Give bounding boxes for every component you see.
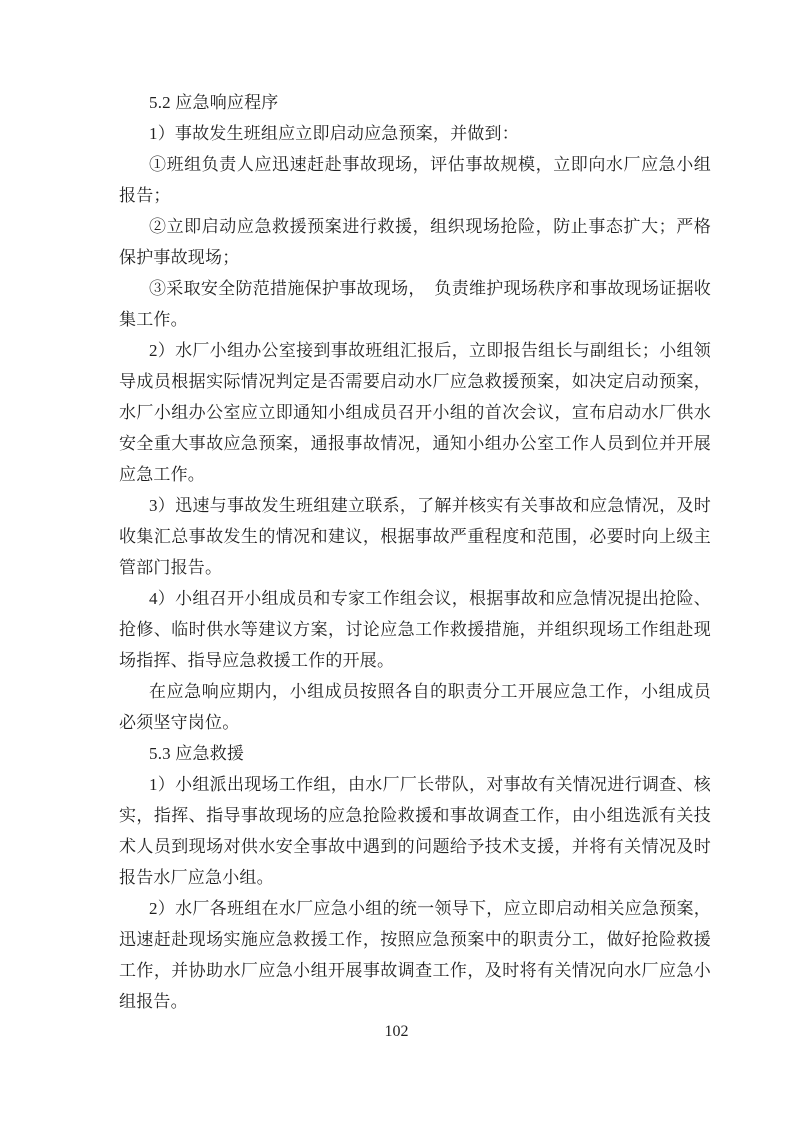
text-block: 5.2 应急响应程序 1）事故发生班组应立即启动应急预案，并做到： ①班组负责人… <box>119 87 711 1017</box>
body-paragraph: ③采取安全防范措施保护事故现场， 负责维护现场秩序和事故现场证据收集工作。 <box>119 273 711 335</box>
section-heading-5-2: 5.2 应急响应程序 <box>119 87 711 118</box>
body-paragraph: 在应急响应期内，小组成员按照各自的职责分工开展应急工作，小组成员必须坚守岗位。 <box>119 676 711 738</box>
section-heading-5-3: 5.3 应急救援 <box>119 738 711 769</box>
body-paragraph: 4）小组召开小组成员和专家工作组会议，根据事故和应急情况提出抢险、抢修、临时供水… <box>119 583 711 676</box>
body-paragraph: ②立即启动应急救援预案进行救援，组织现场抢险，防止事态扩大；严格保护事故现场； <box>119 211 711 273</box>
body-paragraph: 3）迅速与事故发生班组建立联系，了解并核实有关事故和应急情况，及时收集汇总事故发… <box>119 490 711 583</box>
body-paragraph: 1）事故发生班组应立即启动应急预案，并做到： <box>119 118 711 149</box>
body-paragraph: 2）水厂小组办公室接到事故班组汇报后，立即报告组长与副组长；小组领导成员根据实际… <box>119 335 711 490</box>
page-number: 102 <box>0 1020 793 1044</box>
document-page: 5.2 应急响应程序 1）事故发生班组应立即启动应急预案，并做到： ①班组负责人… <box>0 0 793 1122</box>
body-paragraph: 2）水厂各班组在水厂应急小组的统一领导下，应立即启动相关应急预案，迅速赶赴现场实… <box>119 893 711 1017</box>
body-paragraph: 1）小组派出现场工作组，由水厂厂长带队，对事故有关情况进行调查、核实，指挥、指导… <box>119 769 711 893</box>
body-paragraph: ①班组负责人应迅速赶赴事故现场，评估事故规模，立即向水厂应急小组报告； <box>119 149 711 211</box>
